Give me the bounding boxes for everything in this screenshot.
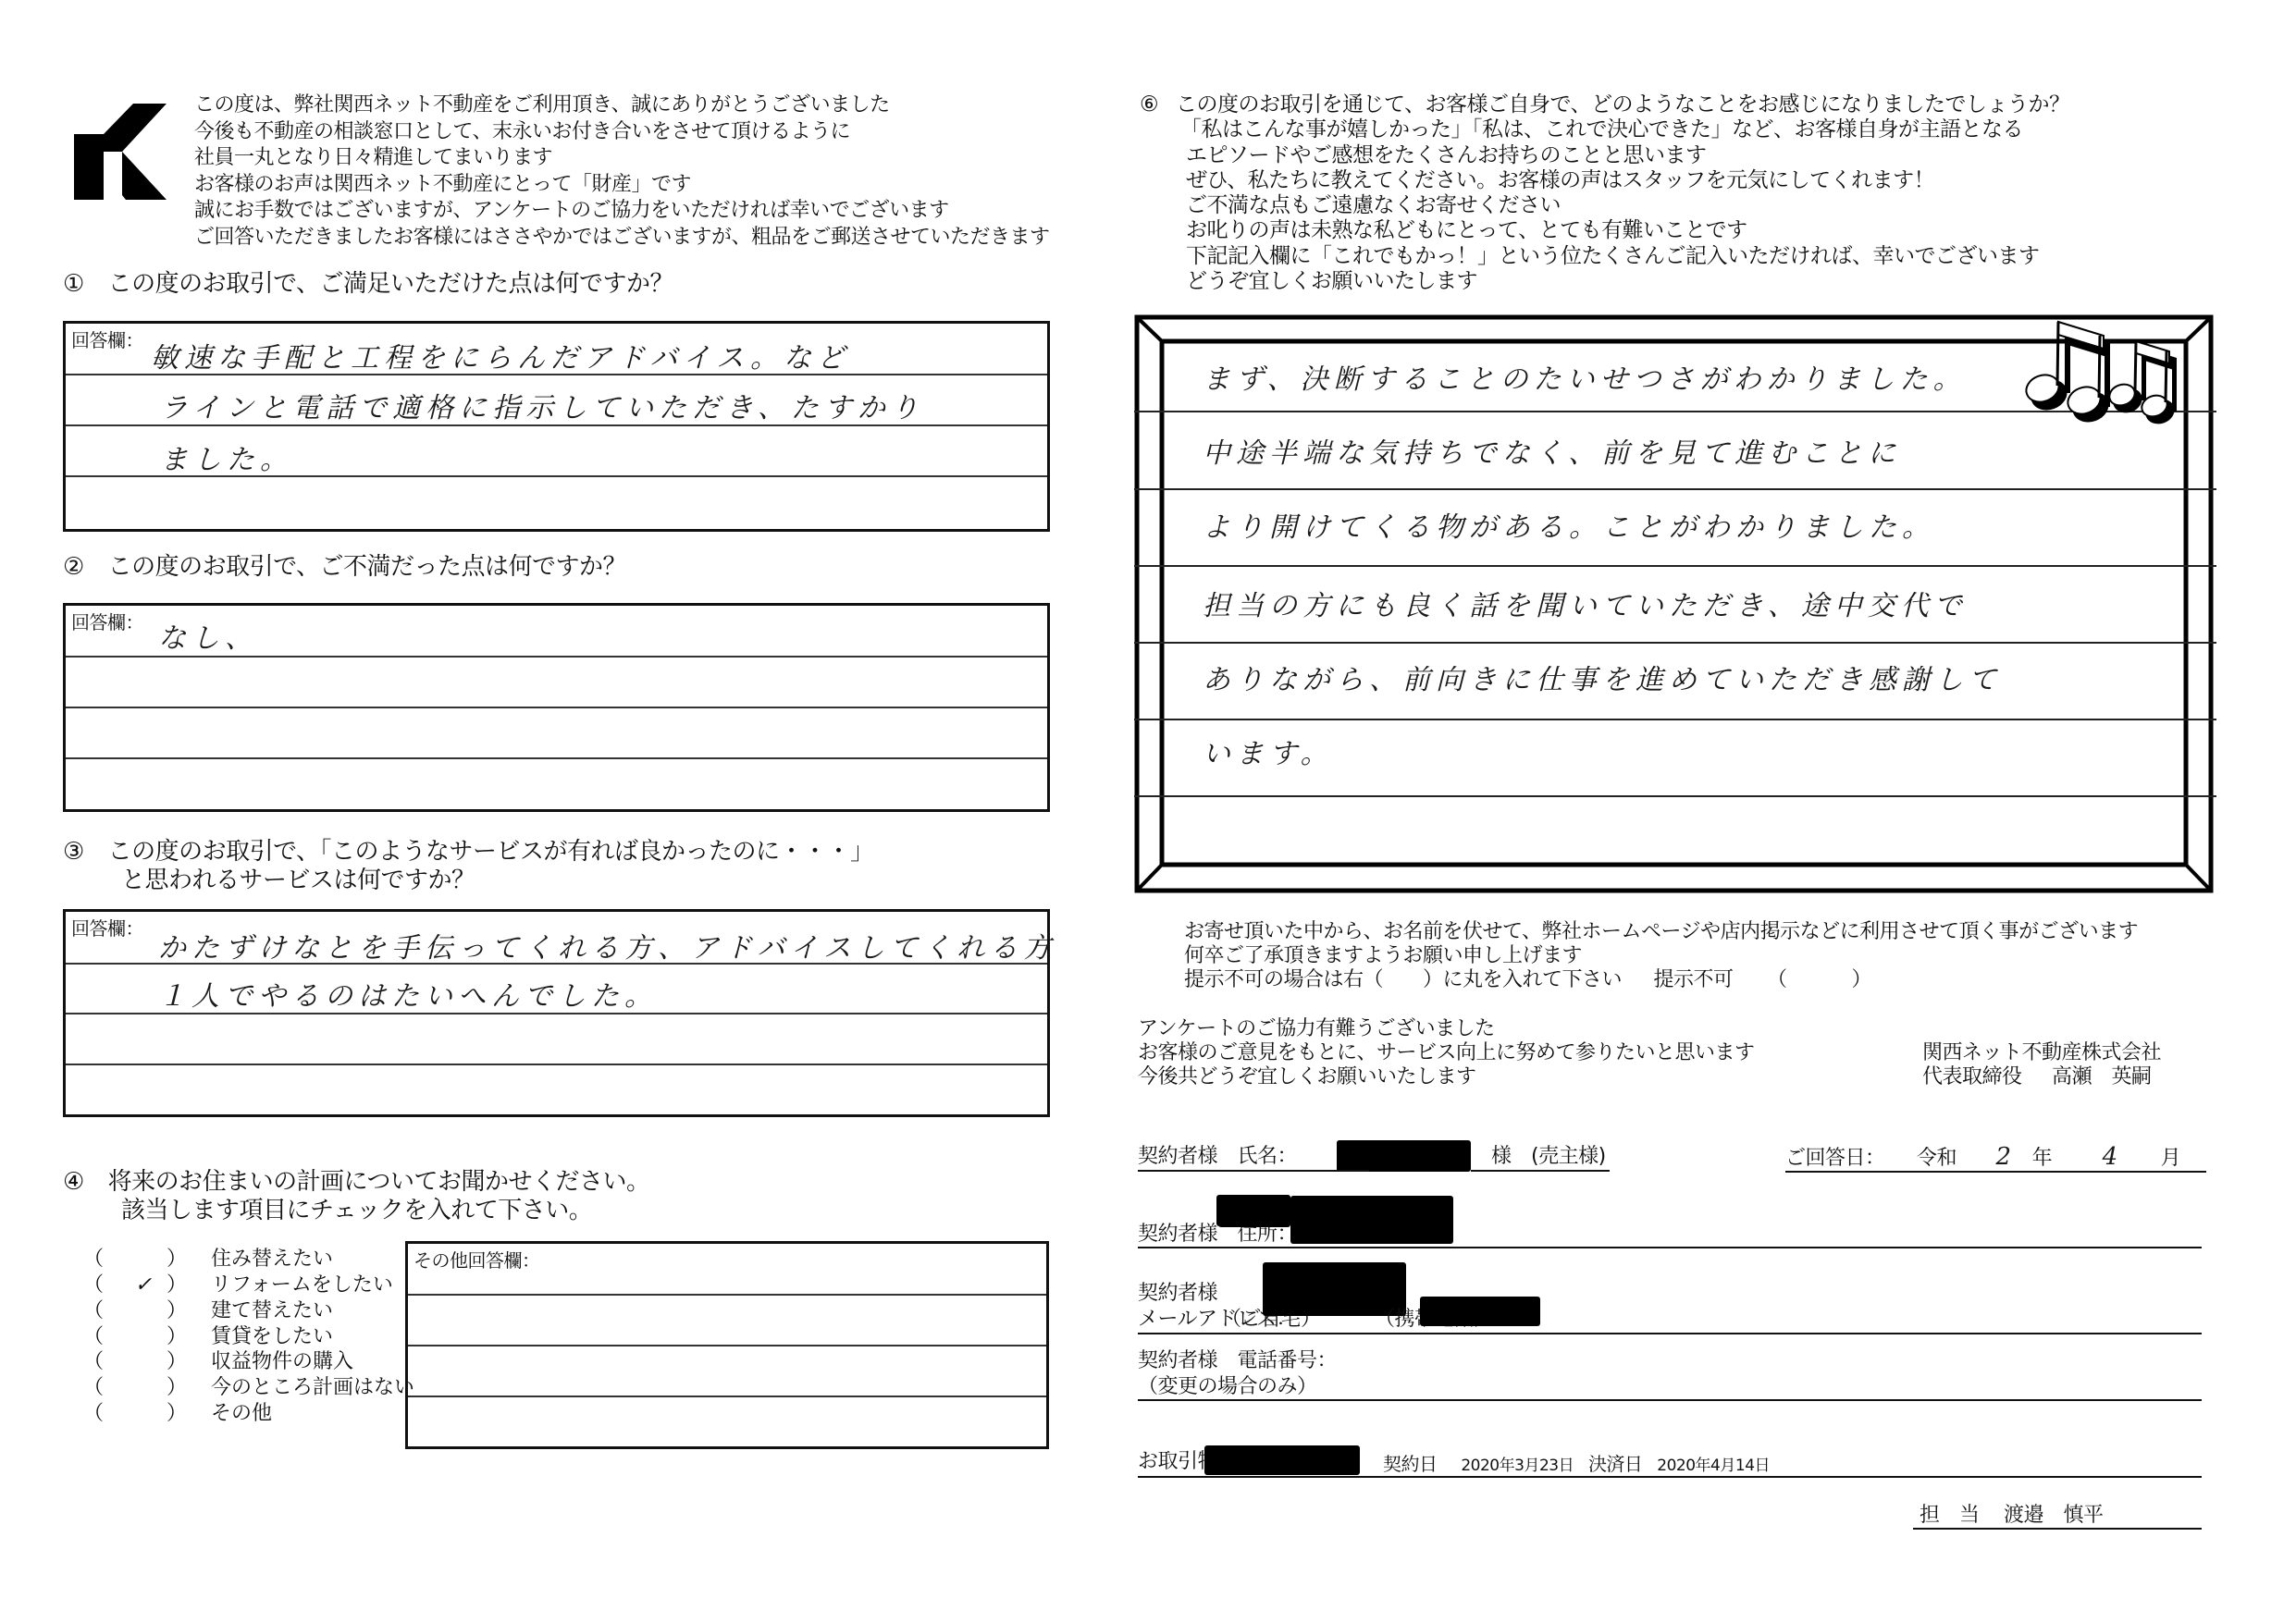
contract-phone-field[interactable] bbox=[1388, 1350, 2183, 1395]
q4-other-answer-box[interactable]: その他回答欄： bbox=[405, 1241, 1049, 1449]
q6-answer-line: 担当の方にも良く話を聞いていただき、途中交代で bbox=[1203, 583, 1968, 623]
q1-question: この度のお取引で、ご満足いただけた点は何ですか？ bbox=[108, 270, 673, 298]
q3-number: ③ bbox=[63, 838, 84, 866]
q3-answer-line: かたずけなとを手伝ってくれる方、アドバイスしてくれる方 bbox=[158, 925, 1056, 965]
contract-phone-label: 契約者様 電話番号： （変更の場合のみ） bbox=[1138, 1348, 1337, 1400]
option-label: リフォームをしたい bbox=[211, 1273, 393, 1297]
publication-notice: お寄せ頂いた中から、お名前を伏せて、弊社ホームページや店内掲示などに利用させて頂… bbox=[1184, 920, 2138, 992]
q6-answer-line: 中途半端な気持ちでなく、前を見て進むことに bbox=[1203, 430, 1901, 471]
checkmark-icon[interactable]: ✓ bbox=[120, 1272, 167, 1298]
refuse-label: 提示不可 bbox=[1654, 968, 1734, 991]
q6-answer-line: まず、決断することのたいせつさがわかりました。 bbox=[1203, 356, 1967, 397]
q6-answer-line: より開けてくる物がある。ことがわかりました。 bbox=[1203, 504, 1935, 545]
q3-answer-line: １人でやるのはたいへんでした。 bbox=[158, 973, 658, 1014]
representative-name: 高瀬 英嗣 bbox=[2052, 1065, 2152, 1088]
q1-answer-line: 敏速な手配と工程をにらんだアドバイス。など bbox=[151, 335, 850, 375]
q6-question-line: お叱りの声は未熟な私どもにとって、とても有難いことです bbox=[1186, 218, 2070, 243]
q6-answer-line: います。 bbox=[1203, 731, 1334, 771]
answer-date-label: ご回答日： bbox=[1785, 1147, 1885, 1170]
q6-answer-line: ありながら、前向きに仕事を進めていただき感謝して bbox=[1203, 657, 2002, 697]
q4-heading: ④ 将来のお住まいの計画についてお聞かせください。 該当します項目にチェックを入… bbox=[63, 1168, 650, 1225]
q3-answer-box[interactable]: 回答欄： かたずけなとを手伝ってくれる方、アドバイスしてくれる方 １人でやるのは… bbox=[63, 909, 1050, 1117]
other-answer-label: その他回答欄： bbox=[414, 1248, 540, 1273]
answer-label: 回答欄： bbox=[71, 916, 143, 941]
settlement-date: 2020年4月14日 bbox=[1657, 1457, 1770, 1475]
q4-option-chintai[interactable]: （）賃貸をしたい bbox=[83, 1323, 333, 1350]
option-label: 収益物件の購入 bbox=[211, 1350, 353, 1373]
q4-option-tatekae[interactable]: （）建て替えたい bbox=[83, 1297, 333, 1324]
q6-question-line: エピソードやご感想をたくさんお持ちのことと思います bbox=[1186, 143, 2070, 168]
answer-month[interactable]: 4 bbox=[2103, 1143, 2118, 1171]
refuse-checkbox[interactable]: （） bbox=[1767, 968, 1871, 991]
q6-question-line: 下記記入欄に「これでもかっ！」という位たくさんご記入いただければ、幸いでございま… bbox=[1186, 244, 2070, 269]
q1-heading: ① この度のお取引で、ご満足いただけた点は何ですか？ bbox=[63, 270, 673, 299]
q6-question-line: この度のお取引を通じて、お客様ご自身で、どのようなことをお感じになりましたでしょ… bbox=[1176, 92, 2070, 117]
q4-option-shueki[interactable]: （）収益物件の購入 bbox=[83, 1348, 353, 1375]
q4-option-none[interactable]: （）今のところ計画はない bbox=[83, 1374, 414, 1401]
company-name: 関西ネット不動産株式会社 bbox=[1922, 1041, 2161, 1065]
q2-question: この度のお取引で、ご不満だった点は何ですか？ bbox=[108, 553, 626, 581]
contract-name-field[interactable] bbox=[1337, 1140, 1471, 1172]
k-letter-logo bbox=[74, 104, 176, 200]
contract-name-label: 契約者様 氏名： bbox=[1138, 1144, 1297, 1170]
thanks-line: アンケートのご協力有難うございました bbox=[1138, 1017, 1755, 1041]
company-signature: 関西ネット不動産株式会社 代表取締役 高瀬 英嗣 bbox=[1922, 1041, 2161, 1089]
option-label: 今のところ計画はない bbox=[211, 1376, 414, 1399]
contract-dates: 契約日 2020年3月23日 決済日 2020年4月14日 bbox=[1383, 1451, 1770, 1479]
music-notes-icon bbox=[2017, 319, 2220, 435]
q4-option-sumikae[interactable]: （）住み替えたい bbox=[83, 1246, 333, 1273]
q6-number: ⑥ bbox=[1140, 92, 1158, 117]
intro-line: この度は、弊社関西ネット不動産をご利用頂き、誠にありがとうございました bbox=[194, 92, 1050, 119]
option-label: 賃貸をしたい bbox=[211, 1325, 333, 1348]
property-name-field[interactable] bbox=[1204, 1445, 1360, 1475]
q1-answer-box[interactable]: 回答欄： 敏速な手配と工程をにらんだアドバイス。など ラインと電話で適格に指示し… bbox=[63, 321, 1050, 532]
settlement-date-label: 決済日 bbox=[1588, 1453, 1643, 1475]
thanks-line: 今後共どうぞ宜しくお願いいたします bbox=[1138, 1065, 1755, 1089]
q6-question-line: ぜひ、私たちに教えてください。お客様の声はスタッフを元気にしてくれます！ bbox=[1186, 168, 2070, 193]
contract-date-label: 契約日 bbox=[1383, 1453, 1438, 1475]
intro-line: 今後も不動産の相談窓口として、末永いお付き合いをさせて頂けるように bbox=[194, 119, 1050, 146]
staff-name: 渡邉 慎平 bbox=[2004, 1504, 2104, 1527]
q6-question-line: どうぞ宜しくお願いいたします bbox=[1186, 269, 2070, 294]
q6-question-line: ご不満な点もご遠慮なくお寄せください bbox=[1186, 193, 2070, 218]
q2-answer-box[interactable]: 回答欄： なし、 bbox=[63, 603, 1050, 812]
q4-number: ④ bbox=[63, 1168, 84, 1196]
q3-heading: ③ この度のお取引で、「このようなサービスが有れば良かったのに・・・」 と思われ… bbox=[63, 838, 874, 895]
publication-line: お寄せ頂いた中から、お名前を伏せて、弊社ホームページや店内掲示などに利用させて頂… bbox=[1184, 920, 2138, 944]
answer-label: 回答欄： bbox=[71, 609, 143, 635]
option-label: 建て替えたい bbox=[211, 1299, 333, 1322]
answer-label: 回答欄： bbox=[71, 327, 143, 353]
q4-option-reform[interactable]: （✓）リフォームをしたい bbox=[83, 1272, 393, 1298]
thanks-line: お客様のご意見をもとに、サービス向上に努めて参りたいと思います bbox=[1138, 1041, 1755, 1065]
intro-line: ご回答いただきましたお客様にはささやかではございますが、粗品をご郵送させていただ… bbox=[194, 225, 1050, 252]
q2-heading: ② この度のお取引で、ご不満だった点は何ですか？ bbox=[63, 553, 626, 582]
q2-answer-line: なし、 bbox=[158, 615, 258, 656]
intro-line: 社員一丸となり日々精進してまいります bbox=[194, 145, 1050, 172]
intro-line: 誠にお手数ではございますが、アンケートのご協力をいただければ幸いでございます bbox=[194, 198, 1050, 225]
q4-question-line: 該当します項目にチェックを入れて下さい。 bbox=[121, 1197, 650, 1225]
staff: 担 当 渡邉 慎平 bbox=[1920, 1503, 2104, 1529]
q1-answer-line: ラインと電話で適格に指示していただき、たすかり bbox=[160, 385, 924, 425]
answer-year[interactable]: 2 bbox=[1996, 1143, 2012, 1171]
intro-line: お客様のお声は関西ネット不動産にとって「財産」です bbox=[194, 172, 1050, 199]
publication-instruction: 提示不可の場合は右（ ）に丸を入れて下さい bbox=[1184, 968, 1622, 991]
q4-option-other[interactable]: （）その他 bbox=[83, 1400, 272, 1427]
representative-title: 代表取締役 bbox=[1922, 1065, 2022, 1088]
email-mobile-field[interactable] bbox=[1420, 1297, 1540, 1326]
q4-question-line: 将来のお住まいの計画についてお聞かせください。 bbox=[108, 1168, 650, 1196]
q6-heading: ⑥ この度のお取引を通じて、お客様ご自身で、どのようなことをお感じになりましたで… bbox=[1140, 92, 2070, 294]
answer-date: ご回答日： 令和 2 年 4 月 bbox=[1785, 1144, 2180, 1172]
q1-number: ① bbox=[63, 270, 84, 298]
thanks-text: アンケートのご協力有難うございました お客様のご意見をもとに、サービス向上に努め… bbox=[1138, 1017, 1755, 1089]
q6-question-line: 「私はこんな事が嬉しかった」「私は、これで決心できた」など、お客様自身が主語とな… bbox=[1180, 117, 2070, 142]
publication-line: 何卒ご了承頂きますようお願い申し上げます bbox=[1184, 944, 2138, 968]
q1-answer-line: ました。 bbox=[160, 436, 293, 477]
staff-label: 担 当 bbox=[1920, 1504, 1980, 1527]
intro-text: この度は、弊社関西ネット不動産をご利用頂き、誠にありがとうございました 今後も不… bbox=[194, 92, 1050, 251]
option-label: その他 bbox=[211, 1402, 272, 1425]
q2-number: ② bbox=[63, 553, 84, 581]
q3-question-line: この度のお取引で、「このようなサービスが有れば良かったのに・・・」 bbox=[108, 838, 874, 866]
contract-date: 2020年3月23日 bbox=[1461, 1457, 1574, 1475]
option-label: 住み替えたい bbox=[211, 1248, 333, 1271]
q3-question-line: と思われるサービスは何ですか？ bbox=[121, 867, 874, 895]
era: 令和 bbox=[1917, 1147, 1957, 1170]
contract-name-suffix: 様 (売主様) bbox=[1491, 1144, 1606, 1170]
